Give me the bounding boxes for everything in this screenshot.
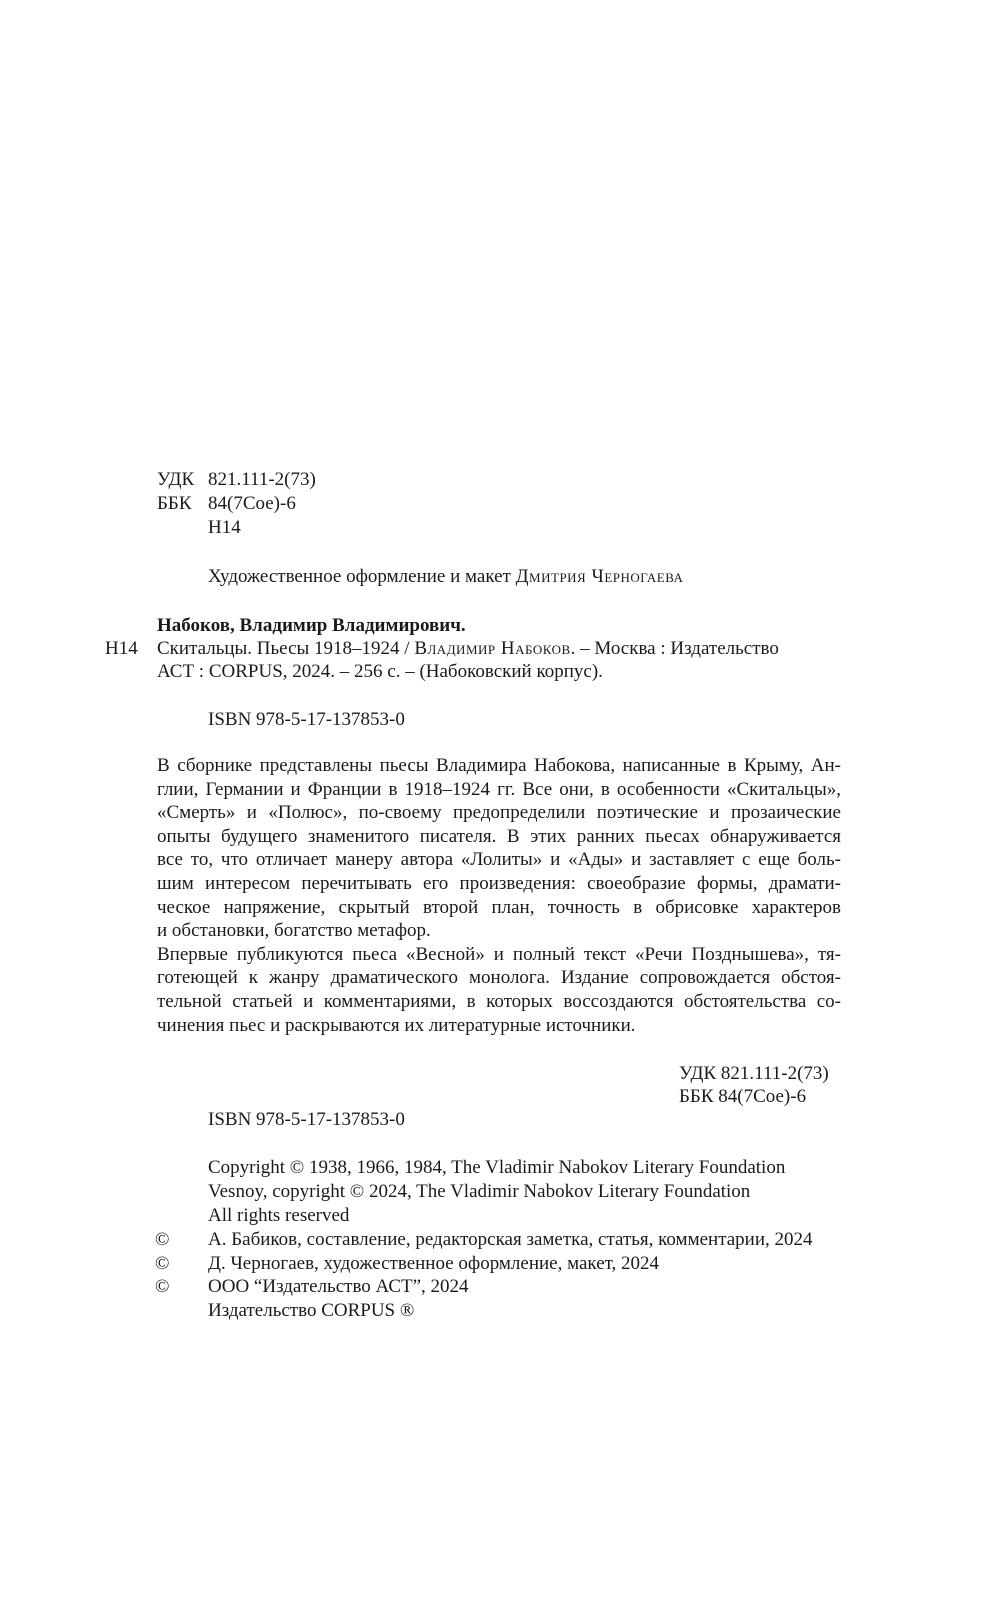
copyright-entry: Д. Черногаев, художественное оформление,… <box>208 1252 659 1276</box>
design-credit: Художественное оформление и макет Дмитри… <box>208 565 683 589</box>
annotation-line: опыты будущего знаменитого писателя. В э… <box>157 825 841 849</box>
design-credit-name: Дмитрия Черногаева <box>516 566 684 587</box>
record-line-2: АСТ : CORPUS, 2024. – 256 с. – (Набоковс… <box>157 660 603 684</box>
annotation-line: чинения пьес и раскрываются их литератур… <box>157 1014 841 1038</box>
annotation-line: глии, Германии и Франции в 1918–1924 гг.… <box>157 778 841 802</box>
copyright-symbol-icon: © <box>155 1228 169 1252</box>
udk-value: 821.111-2(73) <box>208 468 316 492</box>
copyright-symbol-icon: © <box>155 1252 169 1276</box>
bbk-value: 84(7Сое)-6 <box>208 492 296 516</box>
design-credit-text: Художественное оформление и макет <box>208 566 516 587</box>
annotation-line: готеющей к жанру драматического монолога… <box>157 966 841 990</box>
copyright-entry: А. Бабиков, составление, редакторская за… <box>208 1228 813 1252</box>
udk-bottom: УДК 821.111-2(73) <box>679 1062 829 1086</box>
copyright-line: Vesnoy, copyright © 2024, The Vladimir N… <box>208 1180 750 1204</box>
isbn-top: ISBN 978-5-17-137853-0 <box>208 708 405 732</box>
record-line-1: Скитальцы. Пьесы 1918–1924 / Владимир На… <box>157 637 779 661</box>
record-author: Владимир Набоков <box>414 638 570 659</box>
publisher-trademark: Издательство CORPUS ® <box>208 1299 414 1323</box>
bbk-label: ББК <box>157 492 192 516</box>
udk-label: УДК <box>157 468 194 492</box>
annotation-line: ческое напряжение, скрытый второй план, … <box>157 896 841 920</box>
copyright-symbol-icon: © <box>155 1275 169 1299</box>
isbn-bottom: ISBN 978-5-17-137853-0 <box>208 1108 405 1132</box>
copyright-entry: ООО “Издательство АСТ”, 2024 <box>208 1275 469 1299</box>
bbk-bottom: ББК 84(7Сое)-6 <box>679 1085 806 1109</box>
annotation-line: «Смерть» и «Полюс», по-своему предопреде… <box>157 801 841 825</box>
publication-place: . – Москва : Издательство <box>571 638 779 659</box>
author-heading: Набоков, Владимир Владимирович. <box>157 614 466 638</box>
copyright-line: Copyright © 1938, 1966, 1984, The Vladim… <box>208 1156 785 1180</box>
annotation-line: тельной статьей и комментариями, в котор… <box>157 990 841 1014</box>
annotation-line: В сборнике представлены пьесы Владимира … <box>157 754 841 778</box>
annotation-line: и обстановки, богатство метафор. <box>157 919 841 943</box>
annotation-line: шим интересом перечитывать его произведе… <box>157 872 841 896</box>
author-mark: Н14 <box>105 637 138 661</box>
annotation-line: все то, что отличает манеру автора «Лоли… <box>157 848 841 872</box>
annotation-line: Впервые публикуются пьеса «Весной» и пол… <box>157 943 841 967</box>
author-mark-top: Н14 <box>208 516 241 540</box>
copyright-line: All rights reserved <box>208 1204 349 1228</box>
annotation: В сборнике представлены пьесы Владимира … <box>157 754 841 1037</box>
title-statement: Скитальцы. Пьесы 1918–1924 / <box>157 638 414 659</box>
